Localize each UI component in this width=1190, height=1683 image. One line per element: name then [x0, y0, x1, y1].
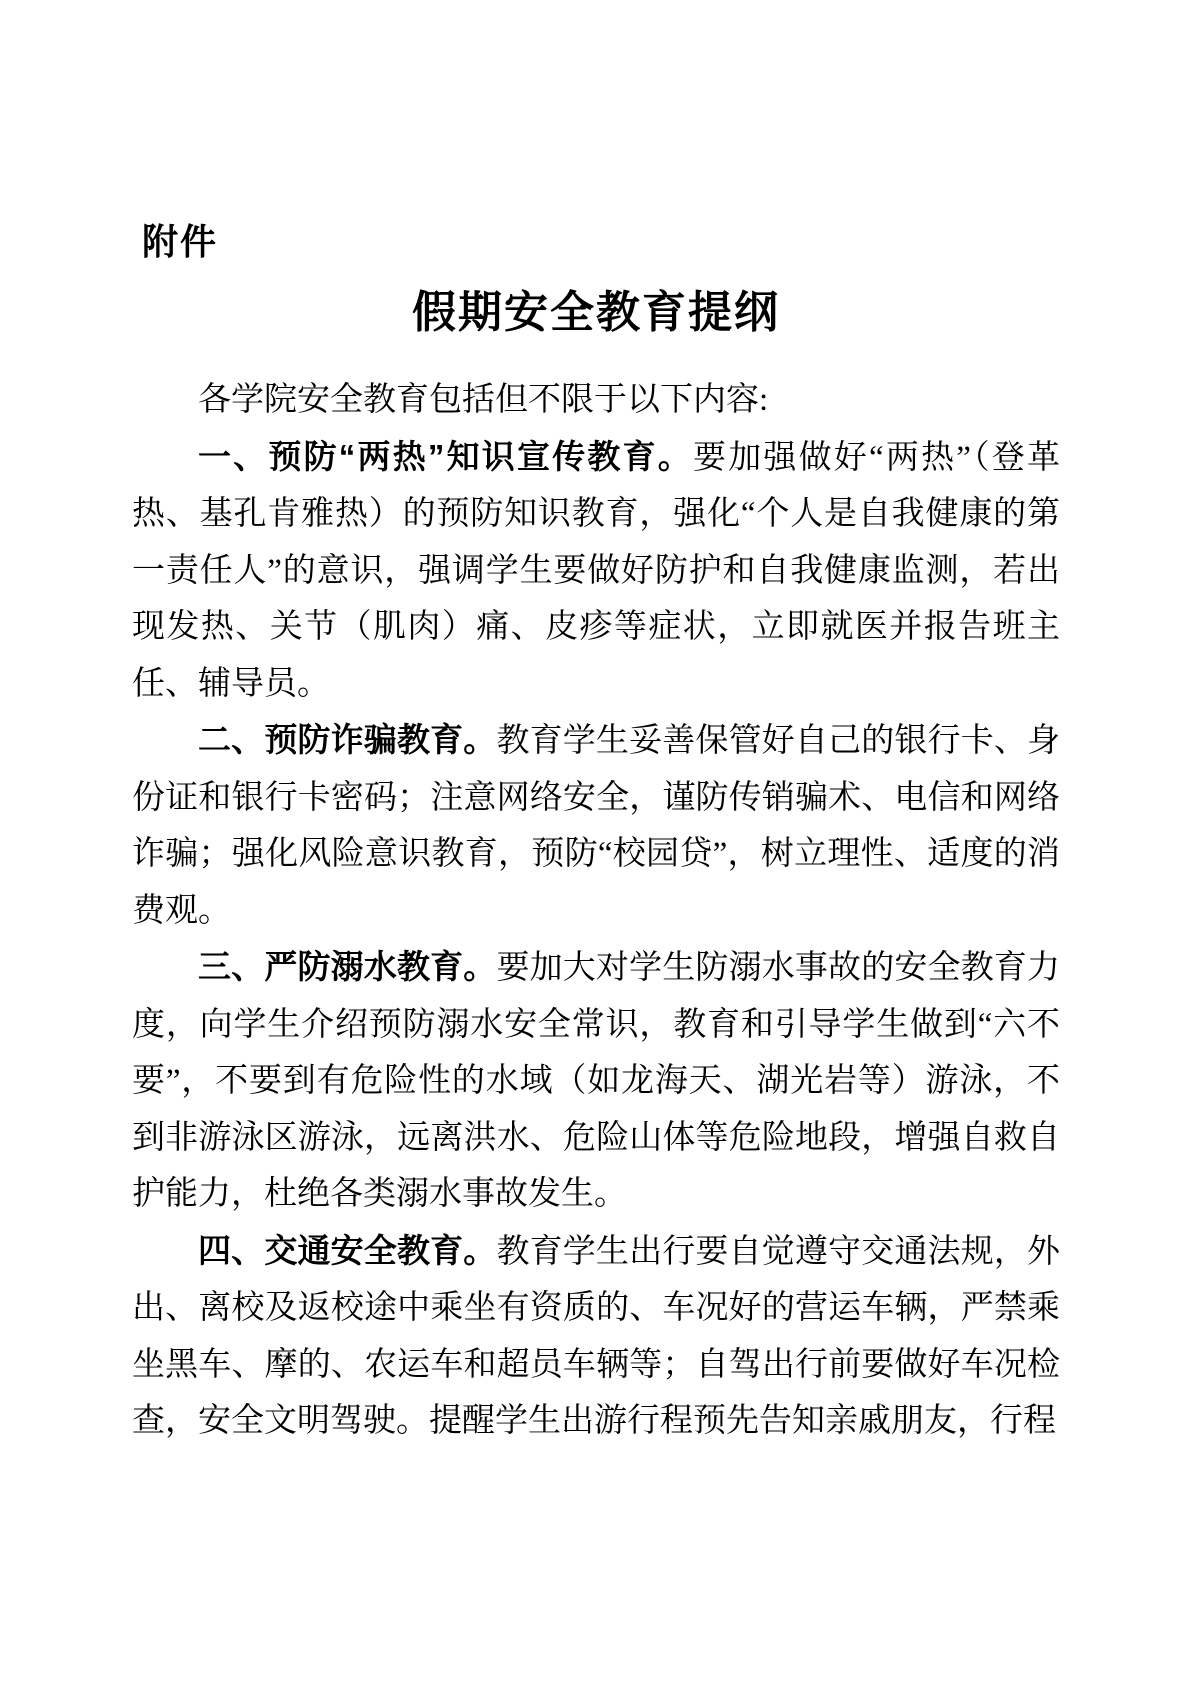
section-1-heading: 一、预防“两热”知识宣传教育。: [198, 438, 693, 475]
section-2-paragraph: 二、预防诈骗教育。教育学生妥善保管好自己的银行卡、身份证和银行卡密码；注意网络安…: [132, 712, 1060, 939]
attachment-label: 附件: [142, 222, 218, 262]
document-page: 附件 假期安全教育提纲 各学院安全教育包括但不限于以下内容: 一、预防“两热”知…: [0, 0, 1190, 1683]
document-body: 各学院安全教育包括但不限于以下内容: 一、预防“两热”知识宣传教育。要加强做好“…: [132, 372, 1060, 1450]
section-3-heading: 三、严防溺水教育。: [198, 948, 496, 985]
section-1-paragraph: 一、预防“两热”知识宣传教育。要加强做好“两热”（登革热、基孔肯雅热）的预防知识…: [132, 429, 1060, 713]
section-3-body: 要加大对学生防溺水事故的安全教育力度，向学生介绍预防溺水安全常识，教育和引导学生…: [132, 950, 1060, 1212]
section-4-paragraph: 四、交通安全教育。教育学生出行要自觉遵守交通法规，外出、离校及返校途中乘坐有资质…: [132, 1223, 1060, 1450]
document-title: 假期安全教育提纲: [132, 288, 1060, 338]
section-2-heading: 二、预防诈骗教育。: [198, 721, 496, 758]
section-1-body: 要加强做好“两热”（登革热、基孔肯雅热）的预防知识教育，强化“个人是自我健康的第…: [132, 440, 1060, 702]
section-3-paragraph: 三、严防溺水教育。要加大对学生防溺水事故的安全教育力度，向学生介绍预防溺水安全常…: [132, 939, 1060, 1223]
section-4-heading: 四、交通安全教育。: [198, 1232, 496, 1269]
intro-paragraph: 各学院安全教育包括但不限于以下内容:: [132, 372, 1060, 429]
